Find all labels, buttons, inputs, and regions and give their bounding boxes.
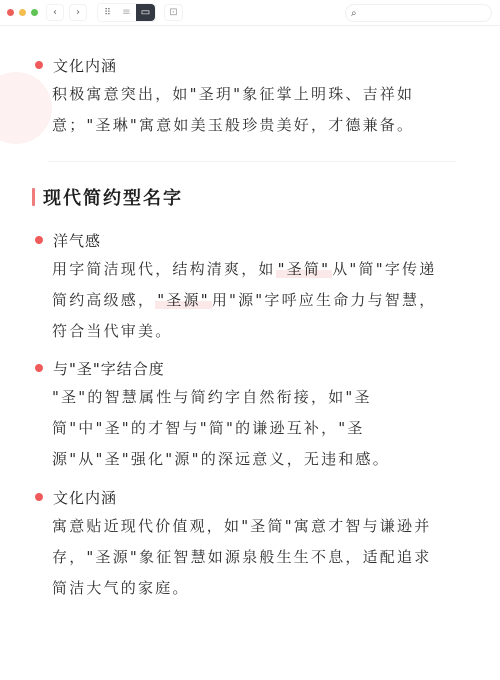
section-accent-bar xyxy=(32,188,35,206)
section-title: 现代简约型名字 xyxy=(43,184,183,210)
list-item-compatibility: 与"圣"字结合度 "圣"的智慧属性与简约字自然衔接，如"圣简"中"圣"的才智与"… xyxy=(0,357,500,475)
section-heading: 现代简约型名字 xyxy=(32,186,183,208)
search-input[interactable] xyxy=(360,8,480,18)
view-mode-segmented-control: ⠿ ≡ ▭ xyxy=(97,3,156,22)
item-body: "圣"的智慧属性与简约字自然衔接，如"圣简"中"圣"的才智与"简"的谦逊互补，"… xyxy=(52,382,447,475)
back-button[interactable]: ‹ xyxy=(46,4,64,21)
list-item-cultural-meaning-2: 文化内涵 寓意贴近现代价值观，如"圣简"寓意才智与谦逊并存，"圣源"象征智慧如源… xyxy=(0,486,500,604)
bullet-dot-icon xyxy=(35,493,43,501)
page-icon: ▭ xyxy=(141,7,150,18)
sidebar-icon: ⊡ xyxy=(169,7,177,18)
search-icon: ⌕ xyxy=(351,8,357,19)
close-window-button[interactable] xyxy=(7,9,14,16)
highlight-name-shengyuan: "圣源" xyxy=(155,291,212,309)
section-divider xyxy=(48,161,456,162)
grid-icon: ⠿ xyxy=(104,8,111,18)
minimize-window-button[interactable] xyxy=(19,9,26,16)
list-item-stylish: 洋气感 用字简洁现代，结构清爽，如"圣简"从"简"字传递简约高级感，"圣源"用"… xyxy=(0,229,500,347)
maximize-window-button[interactable] xyxy=(31,9,38,16)
item-title: 文化内涵 xyxy=(53,55,117,76)
item-body: 积极寓意突出，如"圣玥"象征掌上明珠、吉祥如意；"圣琳"寓意如美玉般珍贵美好，才… xyxy=(52,79,447,141)
document-viewer-window: ‹ › ⠿ ≡ ▭ ⊡ ⌕ 文化内涵 xyxy=(0,0,500,680)
list-icon: ≡ xyxy=(122,7,130,18)
body-text: 用字简洁现代，结构清爽，如 xyxy=(52,260,276,278)
list-view-button[interactable]: ≡ xyxy=(117,4,136,21)
toolbar: ‹ › ⠿ ≡ ▭ ⊡ ⌕ xyxy=(0,0,500,26)
highlight-name-shengjian: "圣简" xyxy=(276,260,333,278)
item-title: 文化内涵 xyxy=(53,487,117,508)
bullet-dot-icon xyxy=(35,236,43,244)
item-title: 洋气感 xyxy=(53,230,101,251)
chevron-left-icon: ‹ xyxy=(53,7,57,18)
sidebar-toggle-button[interactable]: ⊡ xyxy=(164,4,183,21)
search-field[interactable]: ⌕ xyxy=(345,4,492,22)
window-controls xyxy=(7,9,38,16)
grid-view-button[interactable]: ⠿ xyxy=(98,4,117,21)
bullet-dot-icon xyxy=(35,364,43,372)
item-title: 与"圣"字结合度 xyxy=(53,358,165,379)
single-page-view-button[interactable]: ▭ xyxy=(136,4,155,21)
bullet-dot-icon xyxy=(35,61,43,69)
chevron-right-icon: › xyxy=(76,7,80,18)
item-body: 用字简洁现代，结构清爽，如"圣简"从"简"字传递简约高级感，"圣源"用"源"字呼… xyxy=(52,254,447,347)
forward-button[interactable]: › xyxy=(69,4,87,21)
item-body: 寓意贴近现代价值观，如"圣简"寓意才智与谦逊并存，"圣源"象征智慧如源泉般生生不… xyxy=(52,511,447,604)
list-item-cultural-meaning-1: 文化内涵 积极寓意突出，如"圣玥"象征掌上明珠、吉祥如意；"圣琳"寓意如美玉般珍… xyxy=(0,54,500,141)
